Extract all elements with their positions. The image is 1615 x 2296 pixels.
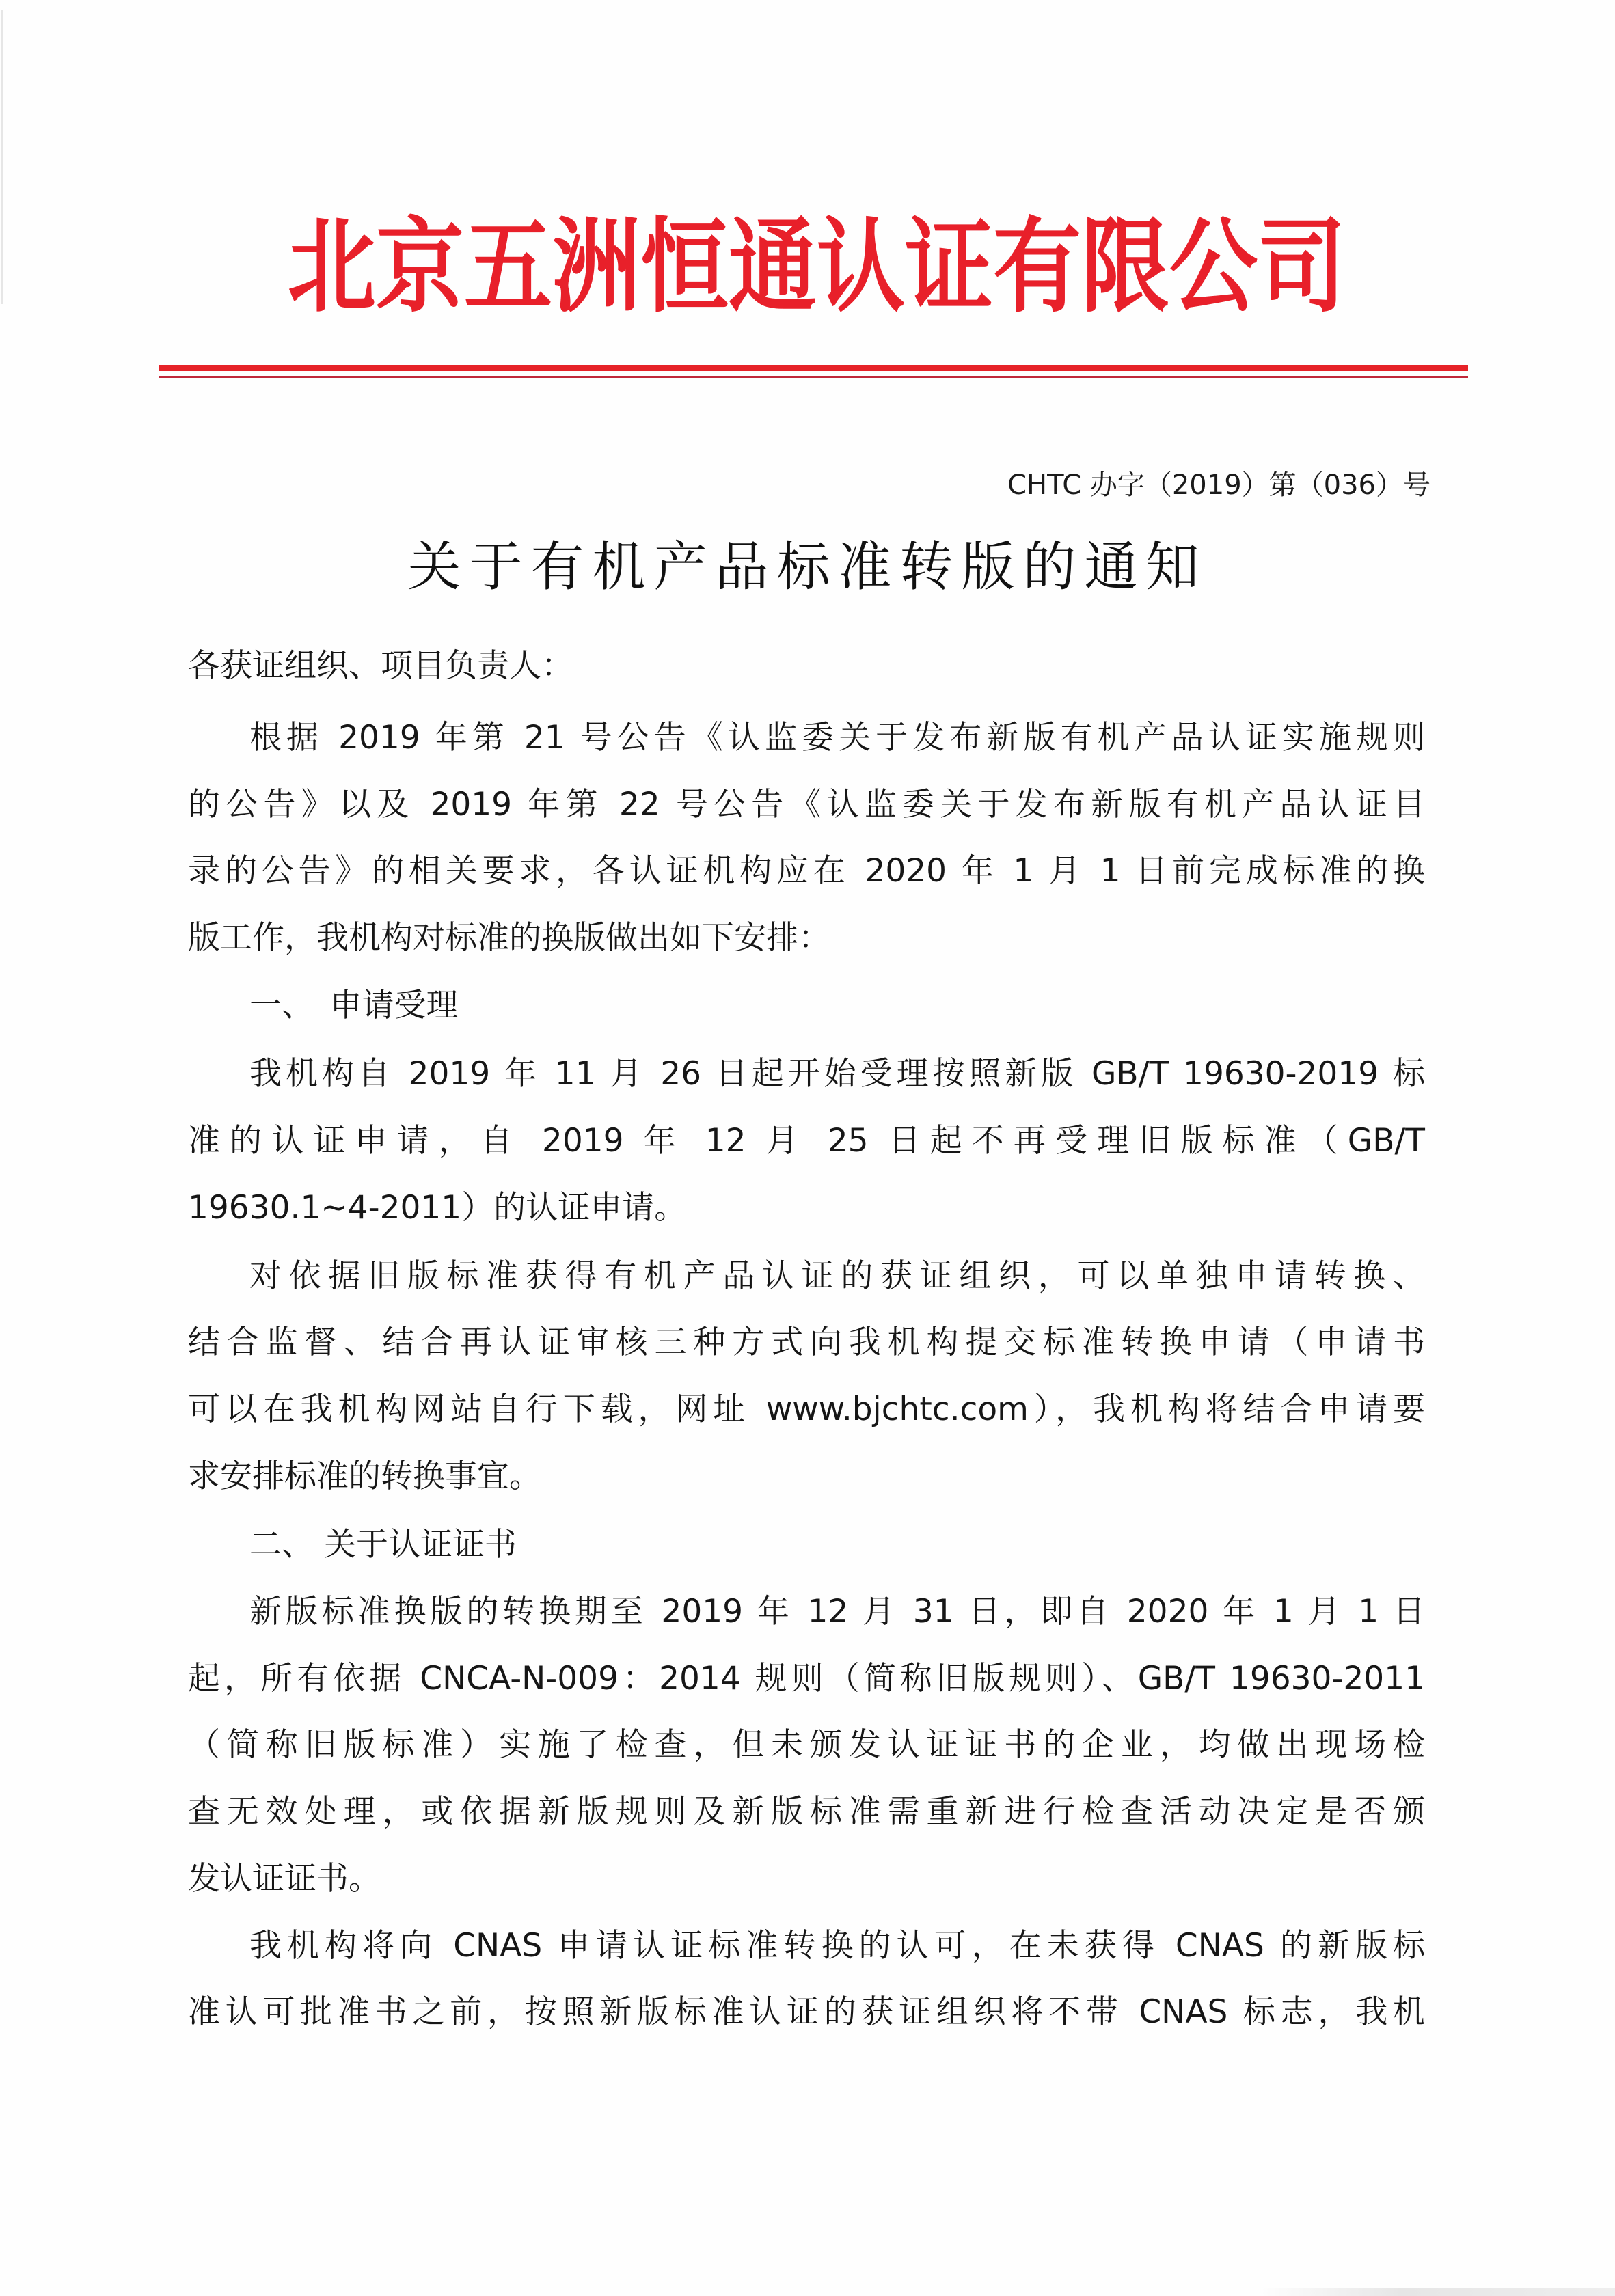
letterhead-company-name: 北京五洲恒通认证有限公司 bbox=[256, 205, 1379, 328]
body-text-line: 查无效处理，或依据新版规则及新版标准需重新进行检查活动决定是否颁 bbox=[188, 1788, 1425, 1836]
body-text-line: 我机构将向 CNAS 申请认证标准转换的认可，在未获得 CNAS 的新版标 bbox=[249, 1922, 1425, 1970]
body-text-line: 起，所有依据 CNCA-N-009：2014 规则（简称旧版规则）、GB/T 1… bbox=[188, 1655, 1425, 1703]
body-text-line: 我机构自 2019 年 11 月 26 日起开始受理按照新版 GB/T 1963… bbox=[249, 1050, 1425, 1098]
body-text-line: 准的认证申请，自 2019 年 12 月 25 日起不再受理旧版标准（GB/T bbox=[188, 1117, 1425, 1165]
body-text-line: （简称旧版标准）实施了检查，但未颁发认证证书的企业，均做出现场检 bbox=[188, 1721, 1425, 1769]
document-number: CHTC 办字（2019）第（036）号 bbox=[1007, 465, 1430, 506]
salutation: 各获证组织、项目负责人： bbox=[188, 642, 1425, 690]
body-text-line: 版工作，我机构对标准的换版做出如下安排： bbox=[188, 914, 1425, 962]
body-text-line: 19630.1~4-2011）的认证申请。 bbox=[188, 1184, 1425, 1232]
letterhead-rule-thin bbox=[159, 376, 1468, 378]
body-text-line: 录的公告》的相关要求，各认证机构应在 2020 年 1 月 1 日前完成标准的换 bbox=[188, 847, 1425, 895]
document-title: 关于有机产品标准转版的通知 bbox=[0, 530, 1615, 605]
body-text-line: 发认证证书。 bbox=[188, 1855, 1425, 1903]
body-text-line: 对依据旧版标准获得有机产品认证的获证组织，可以单独申请转换、 bbox=[249, 1253, 1425, 1300]
body-text-line: 求安排标准的转换事宜。 bbox=[188, 1453, 1425, 1501]
scan-corner-artifact bbox=[1260, 2288, 1615, 2296]
body-text-line: 准认可批准书之前，按照新版标准认证的获证组织将不带 CNAS 标志，我机 bbox=[188, 1988, 1425, 2036]
letterhead-rule-thick bbox=[159, 365, 1468, 371]
section-heading: 二、 关于认证证书 bbox=[249, 1521, 517, 1569]
body-text-line: 的公告》以及 2019 年第 22 号公告《认监委关于发布新版有机产品认证目 bbox=[188, 781, 1425, 829]
scan-edge-artifact bbox=[1, 10, 3, 304]
body-text-line: 新版标准换版的转换期至 2019 年 12 月 31 日，即自 2020 年 1… bbox=[249, 1588, 1425, 1636]
document-page: 北京五洲恒通认证有限公司 CHTC 办字（2019）第（036）号 关于有机产品… bbox=[0, 0, 1615, 2296]
section-heading: 一、 申请受理 bbox=[249, 982, 459, 1030]
body-text-line: 可以在我机构网站自行下载，网址 www.bjchtc.com），我机构将结合申请… bbox=[188, 1386, 1425, 1434]
body-text-line: 根据 2019 年第 21 号公告《认监委关于发布新版有机产品认证实施规则 bbox=[249, 714, 1425, 762]
body-text-line: 结合监督、结合再认证审核三种方式向我机构提交标准转换申请（申请书 bbox=[188, 1319, 1425, 1367]
